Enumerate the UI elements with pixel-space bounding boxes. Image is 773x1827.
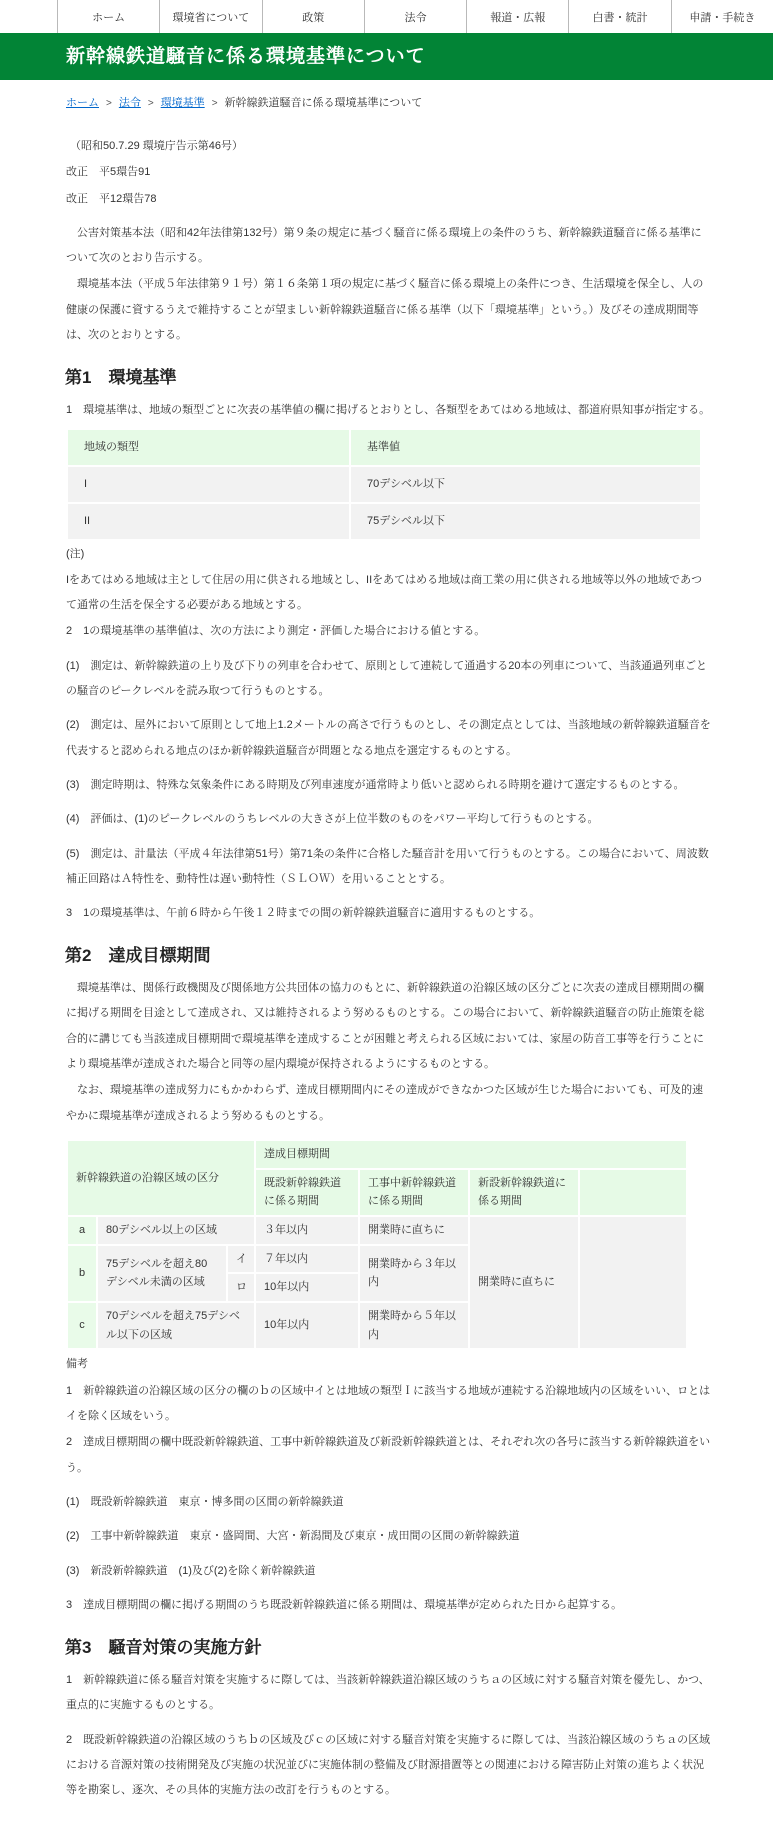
note-label: (注) — [66, 542, 711, 567]
area-cell-a: 80デシベル以上の区域 — [98, 1217, 254, 1244]
section1-paragraph-2: 2 1の環境基準の基準値は、次の方法により測定・評価した場合における値とする。 — [66, 619, 711, 644]
breadcrumb-separator: > — [212, 98, 218, 109]
remark-3: 3 達成目標期間の欄に掲げる期間のうち既設新幹線鉄道に係る期間は、環境基準が定め… — [66, 1593, 711, 1618]
section1-item-4: (4) 評価は、(1)のピークレベルのうちレベルの大きさが上位半数のものをパワー… — [66, 807, 711, 832]
section1-item-5: (5) 測定は、計量法（平成４年法律第51号）第71条の条件に合格した騒音計を用… — [66, 842, 711, 893]
page-title: 新幹線鉄道騒音に係る環境基準について — [66, 47, 426, 66]
notice-number: （昭和50.7.29 環境庁告示第46号） — [66, 134, 711, 159]
breadcrumb-link-env-standards[interactable]: 環境基準 — [161, 97, 205, 109]
row-label-a: a — [68, 1217, 96, 1244]
breadcrumb-separator: > — [106, 98, 112, 109]
segment-header: 新幹線鉄道の沿線区域の区分 — [68, 1141, 254, 1215]
existing-period-b-i: ７年以内 — [256, 1246, 358, 1273]
nav-item-home[interactable]: ホーム — [57, 0, 159, 33]
section1-paragraph-1: 1 環境基準は、地域の類型ごとに次表の基準値の欄に掲げるとおりとし、各類型をあて… — [66, 398, 711, 423]
breadcrumb-link-laws[interactable]: 法令 — [119, 97, 141, 109]
existing-period-a: ３年以内 — [256, 1217, 358, 1244]
remarks-label: 備考 — [66, 1352, 711, 1377]
section1-heading: 第1 環境基準 — [65, 366, 711, 390]
under-construction-period-b: 開業時から３年以内 — [360, 1246, 468, 1301]
table-row: II 75デシベル以下 — [68, 504, 700, 539]
note-text: Iをあてはめる地域は主として住居の用に供される地域とし、IIをあてはめる地域は商… — [66, 568, 711, 619]
nav-item-applications[interactable]: 申請・手続き — [671, 0, 773, 33]
table-header-row: 地域の類型 基準値 — [68, 430, 700, 465]
main-content: （昭和50.7.29 環境庁告示第46号） 改正 平5環告91 改正 平12環告… — [66, 134, 711, 1803]
section1-item-3: (3) 測定時期は、特殊な気象条件にある時期及び列車速度が通常時より低いと認めら… — [66, 773, 711, 798]
standard-value-header: 基準値 — [351, 430, 700, 465]
breadcrumb: ホーム>法令>環境基準>新幹線鉄道騒音に係る環境基準について — [66, 94, 713, 110]
zone-type-cell: I — [68, 467, 349, 502]
existing-period-b-ro: 10年以内 — [256, 1274, 358, 1301]
empty-header-cell — [580, 1170, 686, 1215]
sub-row-key-i: イ — [228, 1246, 254, 1273]
under-construction-line-header: 工事中新幹線鉄道に係る期間 — [360, 1170, 468, 1215]
existing-period-c: 10年以内 — [256, 1303, 358, 1348]
nav-item-about-moe[interactable]: 環境省について — [159, 0, 261, 33]
amendment-line-2: 改正 平12環告78 — [66, 187, 711, 212]
remark-2-item-2: (2) 工事中新幹線鉄道 東京・盛岡間、大宮・新潟間及び東京・成田間の区間の新幹… — [66, 1524, 711, 1549]
under-construction-period-a: 開業時に直ちに — [360, 1217, 468, 1244]
under-construction-period-c: 開業時から５年以内 — [360, 1303, 468, 1348]
sub-row-key-ro: ロ — [228, 1274, 254, 1301]
empty-trailing-cell — [580, 1217, 686, 1348]
remark-2-item-1: (1) 既設新幹線鉄道 東京・博多間の区間の新幹線鉄道 — [66, 1490, 711, 1515]
table-row-a: a 80デシベル以上の区域 ３年以内 開業時に直ちに 開業時に直ちに — [68, 1217, 686, 1244]
breadcrumb-link-home[interactable]: ホーム — [66, 97, 99, 109]
section1-item-2: (2) 測定は、屋外において原則として地上1.2メートルの高さで行うものとし、そ… — [66, 713, 711, 764]
remark-2: 2 達成目標期間の欄中既設新幹線鉄道、工事中新幹線鉄道及び新設新幹線鉄道とは、そ… — [66, 1430, 711, 1481]
intro-paragraph-1: 公害対策基本法（昭和42年法律第132号）第９条の規定に基づく騒音に係る環境上の… — [66, 221, 711, 272]
table-row: I 70デシベル以下 — [68, 467, 700, 502]
row-label-c: c — [68, 1303, 96, 1348]
table-header-row-1: 新幹線鉄道の沿線区域の区分 達成目標期間 — [68, 1141, 686, 1168]
standard-value-cell: 70デシベル以下 — [351, 467, 700, 502]
intro-paragraph-2: 環境基本法（平成５年法律第９１号）第１６条第１項の規定に基づく騒音に係る環境上の… — [66, 272, 711, 348]
amendment-line-1: 改正 平5環告91 — [66, 160, 711, 185]
noise-standard-table: 地域の類型 基準値 I 70デシベル以下 II 75デシベル以下 — [66, 428, 702, 540]
remark-1: 1 新幹線鉄道の沿線区域の区分の欄のｂの区域中イとは地域の類型Ｉに該当する地域が… — [66, 1379, 711, 1430]
new-line-header: 新設新幹線鉄道に係る期間 — [470, 1170, 578, 1215]
row-label-b: b — [68, 1246, 96, 1301]
breadcrumb-current: 新幹線鉄道騒音に係る環境基準について — [225, 97, 423, 109]
remark-2-item-3: (3) 新設新幹線鉄道 (1)及び(2)を除く新幹線鉄道 — [66, 1559, 711, 1584]
page-header-band: 新幹線鉄道騒音に係る環境基準について — [0, 33, 773, 80]
target-period-span-header: 達成目標期間 — [256, 1141, 686, 1168]
section3-paragraph-2: 2 既設新幹線鉄道の沿線区域のうちｂの区域及びｃの区域に対する騒音対策を実施する… — [66, 1728, 711, 1804]
existing-line-header: 既設新幹線鉄道に係る期間 — [256, 1170, 358, 1215]
target-period-table: 新幹線鉄道の沿線区域の区分 達成目標期間 既設新幹線鉄道に係る期間 工事中新幹線… — [66, 1139, 688, 1351]
standard-value-cell: 75デシベル以下 — [351, 504, 700, 539]
global-nav: ホーム 環境省について 政策 法令 報道・広報 白書・統計 申請・手続き — [57, 0, 773, 33]
nav-item-whitepaper-stats[interactable]: 白書・統計 — [568, 0, 670, 33]
area-cell-c: 70デシベルを超え75デシベル以下の区域 — [98, 1303, 254, 1348]
section1-item-1: (1) 測定は、新幹線鉄道の上り及び下りの列車を合わせて、原則として連続して通過… — [66, 654, 711, 705]
section2-paragraph-2: なお、環境基準の達成努力にもかかわらず、達成目標期間内にその達成ができなかつた区… — [66, 1078, 711, 1129]
nav-item-policy[interactable]: 政策 — [262, 0, 364, 33]
breadcrumb-separator: > — [148, 98, 154, 109]
section3-heading: 第3 騒音対策の実施方針 — [65, 1636, 711, 1660]
zone-type-header: 地域の類型 — [68, 430, 349, 465]
section2-paragraph-1: 環境基準は、関係行政機関及び関係地方公共団体の協力のもとに、新幹線鉄道の沿線区域… — [66, 976, 711, 1077]
new-line-period-merged: 開業時に直ちに — [470, 1217, 578, 1348]
section2-heading: 第2 達成目標期間 — [65, 944, 711, 968]
section3-paragraph-1: 1 新幹線鉄道に係る騒音対策を実施するに際しては、当該新幹線鉄道沿線区域のうちａ… — [66, 1668, 711, 1719]
zone-type-cell: II — [68, 504, 349, 539]
nav-item-press[interactable]: 報道・広報 — [466, 0, 568, 33]
section1-paragraph-3: 3 1の環境基準は、午前６時から午後１２時までの間の新幹線鉄道騒音に適用するもの… — [66, 901, 711, 926]
area-cell-b: 75デシベルを超え80デシベル未満の区域 — [98, 1246, 226, 1301]
nav-item-laws[interactable]: 法令 — [364, 0, 466, 33]
